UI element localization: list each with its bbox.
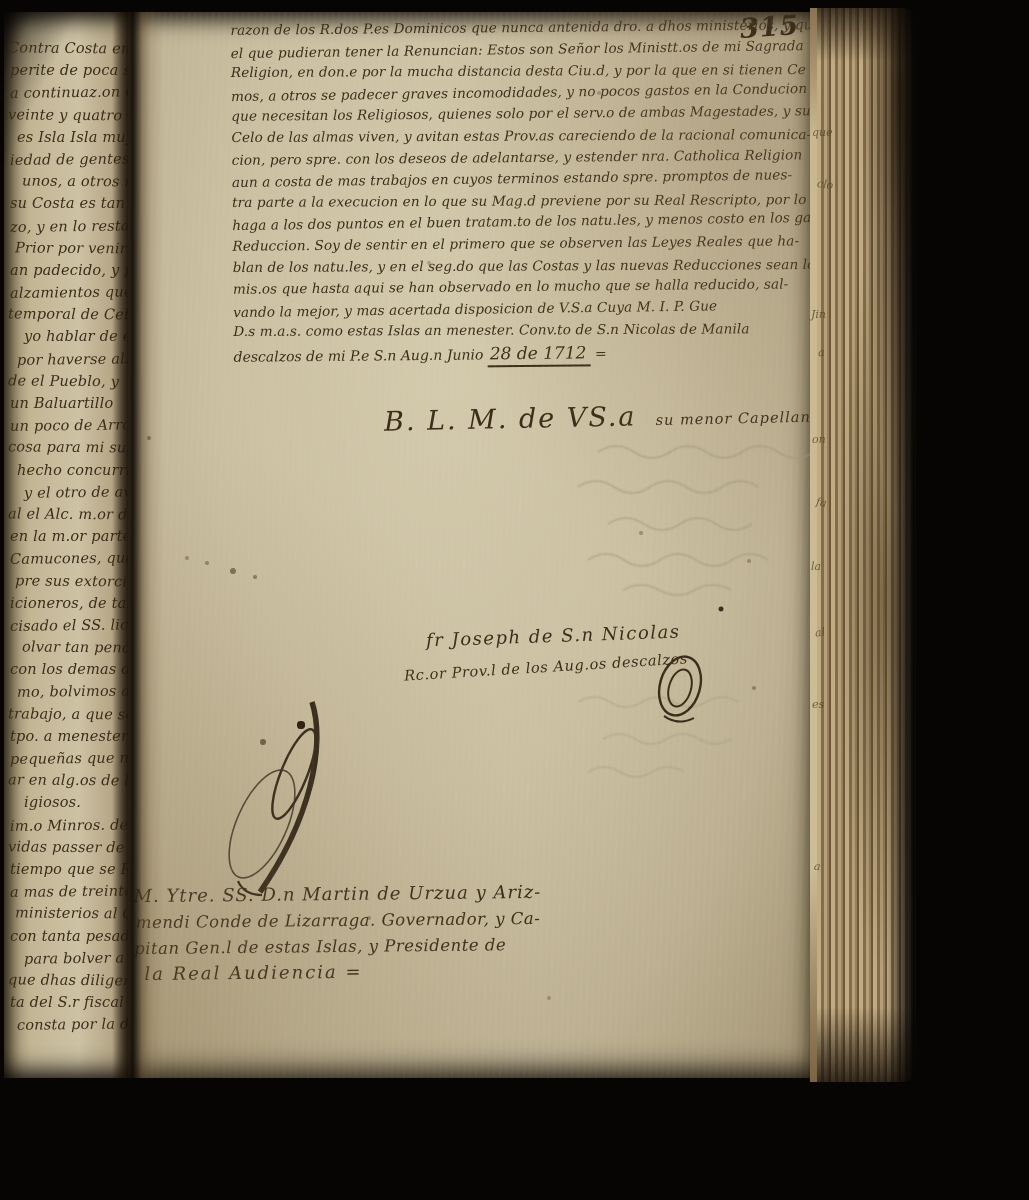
bleed-through-ghost-text (568, 432, 812, 602)
address-line: pitan Gen.l de estas Islas, y Presidente… (134, 932, 542, 962)
main-text-line: Celo de las almas viven, y avitan estas … (231, 125, 812, 150)
ink-bleed-fragment: Jin (811, 308, 826, 321)
margin-text-line: de el Pueblo, y (8, 370, 128, 393)
margin-text-line: alzamientos que huvo. (10, 281, 128, 305)
margin-text-line: yo hablar de esta par (10, 326, 128, 348)
ink-bleed-fragment: on (812, 433, 826, 446)
margin-text-line: con tanta pesadumbre (10, 926, 128, 948)
margin-text-line: mo, bolvimos a coger a (10, 681, 128, 705)
margin-text-line: veinte y quatro Pueblo (8, 104, 128, 127)
ink-bleed-fragment: a (813, 860, 821, 874)
main-text-line: blan de los natu.les, y en el seg.do que… (233, 254, 812, 279)
margin-text-line: a mas de treinta (10, 880, 128, 904)
margin-text-line: pequeñas que no pu (10, 747, 128, 771)
margin-text-line: ar en alg.os de los mu (8, 770, 128, 793)
ink-specks (128, 12, 130, 14)
salutation-closing: su menor Capellan — (655, 409, 812, 429)
margin-text-line: unos, a otros no se enti (8, 170, 128, 193)
ink-bleed-fragment: al (814, 625, 826, 639)
margin-text-line: a continuaz.on en Reducion (10, 81, 128, 105)
margin-text-line: olvar tan penosas in (8, 636, 128, 659)
date-line: descalzos de mi P.e S.n Aug.n Junio 28 d… (233, 339, 812, 369)
margin-text-line: an padecido, y pade (10, 260, 128, 282)
margin-text-line: zo, y en lo restante (10, 215, 128, 239)
margin-text-line: temporal de Cebu con (8, 304, 128, 327)
date-line-suffix: = (590, 346, 606, 362)
margin-text-line: por haverse alzado los (10, 348, 128, 372)
ink-bleed-fragment: la (811, 560, 821, 573)
margin-text-line: hecho concurrieron a (10, 460, 128, 482)
ink-bleed-fragment: que (812, 126, 833, 139)
margin-text-line: es Isla Isla muy dilata (10, 127, 128, 149)
margin-text-line: icioneros, de tal suerte (10, 593, 128, 615)
margin-text-line: en la m.or parte montar (10, 526, 128, 548)
margin-text-line: al el Alc. m.or de aque (8, 503, 128, 526)
ink-bleed-fragment: fa (815, 495, 828, 510)
margin-text-line: cosa para mi sustento (8, 437, 128, 460)
left-margin-text: Contra Costa en don.lperite de poca subs… (10, 38, 128, 1036)
margin-text-line: trabajo, a que se llega (8, 703, 128, 726)
margin-text-line: para bolver a dhos mi (10, 947, 128, 971)
date-underlined: 28 de 1712 (488, 343, 591, 367)
main-paragraph: razon de los R.dos P.es Dominicos que nu… (230, 15, 812, 369)
margin-text-line: su Costa es tan bra (10, 193, 128, 215)
margin-text-line: y el otro de avitacion. (10, 481, 128, 505)
main-text-line: D.s m.a.s. como estas Islas an menester.… (233, 319, 812, 344)
margin-text-line: Camucones, que aunque (10, 547, 128, 571)
margin-text-line: un poco de Arroz que no (10, 414, 128, 438)
margin-text-line: tiempo que se Redu (10, 859, 128, 881)
margin-text-line: Prior por venir hecha (8, 237, 128, 260)
address-line: la Real Audiencia = (134, 958, 542, 988)
date-line-prefix: descalzos de mi P.e S.n Aug.n Junio (234, 347, 488, 365)
ink-bleed-fragment: es (812, 698, 824, 711)
margin-text-line: ta del S.r fiscal que (10, 992, 128, 1014)
margin-text-line: ministerios al Cargo (8, 903, 128, 926)
address-block: M. Ytre. SS. D.n Martin de Urzua y Ariz-… (133, 880, 542, 988)
margin-text-line: que dhas diligenci (8, 969, 128, 992)
margin-text-line: con los demas del arti (10, 659, 128, 681)
margin-text-line: iedad de gentes, y entre (10, 148, 128, 172)
margin-text-line: cisado el SS. lice patron (10, 614, 128, 638)
signature-rubric-flourish (652, 646, 708, 726)
book-fore-edge: quecloJinaonfalaalesa (810, 8, 916, 1082)
left-page-sliver: Contra Costa en don.lperite de poca subs… (4, 12, 128, 1078)
manuscript-photo: Contra Costa en don.lperite de poca subs… (0, 0, 1029, 1200)
margin-text-line: un Baluartillo (10, 393, 128, 415)
ink-bleed-fragment: clo (816, 177, 834, 192)
margin-text-line: perite de poca subsistencia (10, 60, 128, 82)
margin-text-line: vidas passer de la gen. (8, 836, 128, 859)
margin-text-line: pre sus extorciones, han (8, 570, 128, 593)
ink-bleed-fragment: a (817, 346, 825, 360)
margin-text-line: Contra Costa en don.l (8, 37, 128, 60)
signature-name: fr Joseph de S.n Nicolas (426, 622, 681, 652)
margin-text-line: tpo. a menester almu (10, 726, 128, 748)
margin-text-line: igiosos. (10, 792, 128, 814)
main-page: 315 razon de los R.dos P.es Dominicos qu… (128, 12, 812, 1078)
margin-text-line: im.o Minros. de esta (10, 814, 128, 838)
margin-text-line: consta por la decla (10, 1013, 128, 1037)
pen-flourish-mark (228, 696, 338, 901)
